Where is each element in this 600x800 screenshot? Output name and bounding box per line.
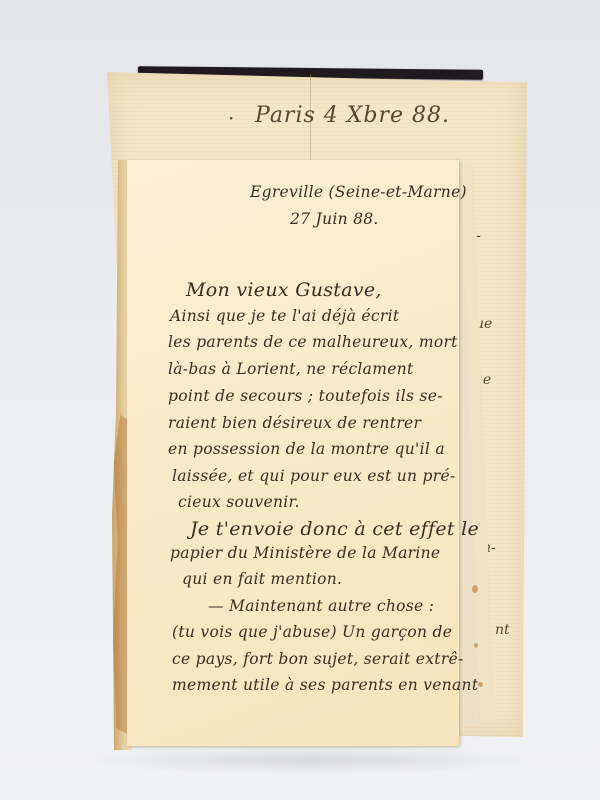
letter-line: — Maintenant autre chose : bbox=[208, 597, 434, 615]
letter-line: (tu vois que j'abuse) Un garçon de bbox=[172, 623, 452, 641]
letter-date-header: 27 Juin 88. bbox=[290, 210, 379, 228]
rust-stain bbox=[472, 585, 478, 593]
letter-line: les parents de ce malheureux, mort bbox=[168, 333, 458, 351]
letter-line: cieux souvenir. bbox=[178, 493, 300, 511]
back-letter-dot: · bbox=[228, 106, 234, 130]
letter-line: raient bien désireux de rentrer bbox=[168, 414, 421, 432]
letter-line: mement utile à ses parents en venant bbox=[172, 676, 478, 694]
letter-line: ce pays, fort bon sujet, serait extrê- bbox=[172, 650, 464, 668]
letter-line: en possession de la montre qu'il a bbox=[168, 440, 445, 458]
letter-line: qui en fait mention. bbox=[182, 570, 342, 588]
letter-line: point de secours ; toutefois ils se- bbox=[168, 387, 443, 405]
letter-place-header: Egreville (Seine-et-Marne) bbox=[250, 183, 467, 201]
rust-stain bbox=[474, 643, 478, 648]
letter-line: papier du Ministère de la Marine bbox=[170, 544, 440, 562]
letter-line: Ainsi que je te l'ai déjà écrit bbox=[170, 307, 399, 325]
rust-stain bbox=[478, 682, 483, 687]
letter-line: là-bas à Lorient, ne réclament bbox=[168, 360, 414, 378]
back-letter-fragment: nt bbox=[495, 622, 510, 638]
table-shadow bbox=[80, 745, 540, 775]
back-letter-date: Paris 4 Xbre 88. bbox=[255, 103, 450, 128]
letter-salutation: Mon vieux Gustave, bbox=[186, 279, 382, 301]
letter-line: Je t'envoie donc à cet effet le bbox=[190, 518, 479, 540]
letter-line: laissée, et qui pour eux est un pré- bbox=[172, 467, 456, 485]
